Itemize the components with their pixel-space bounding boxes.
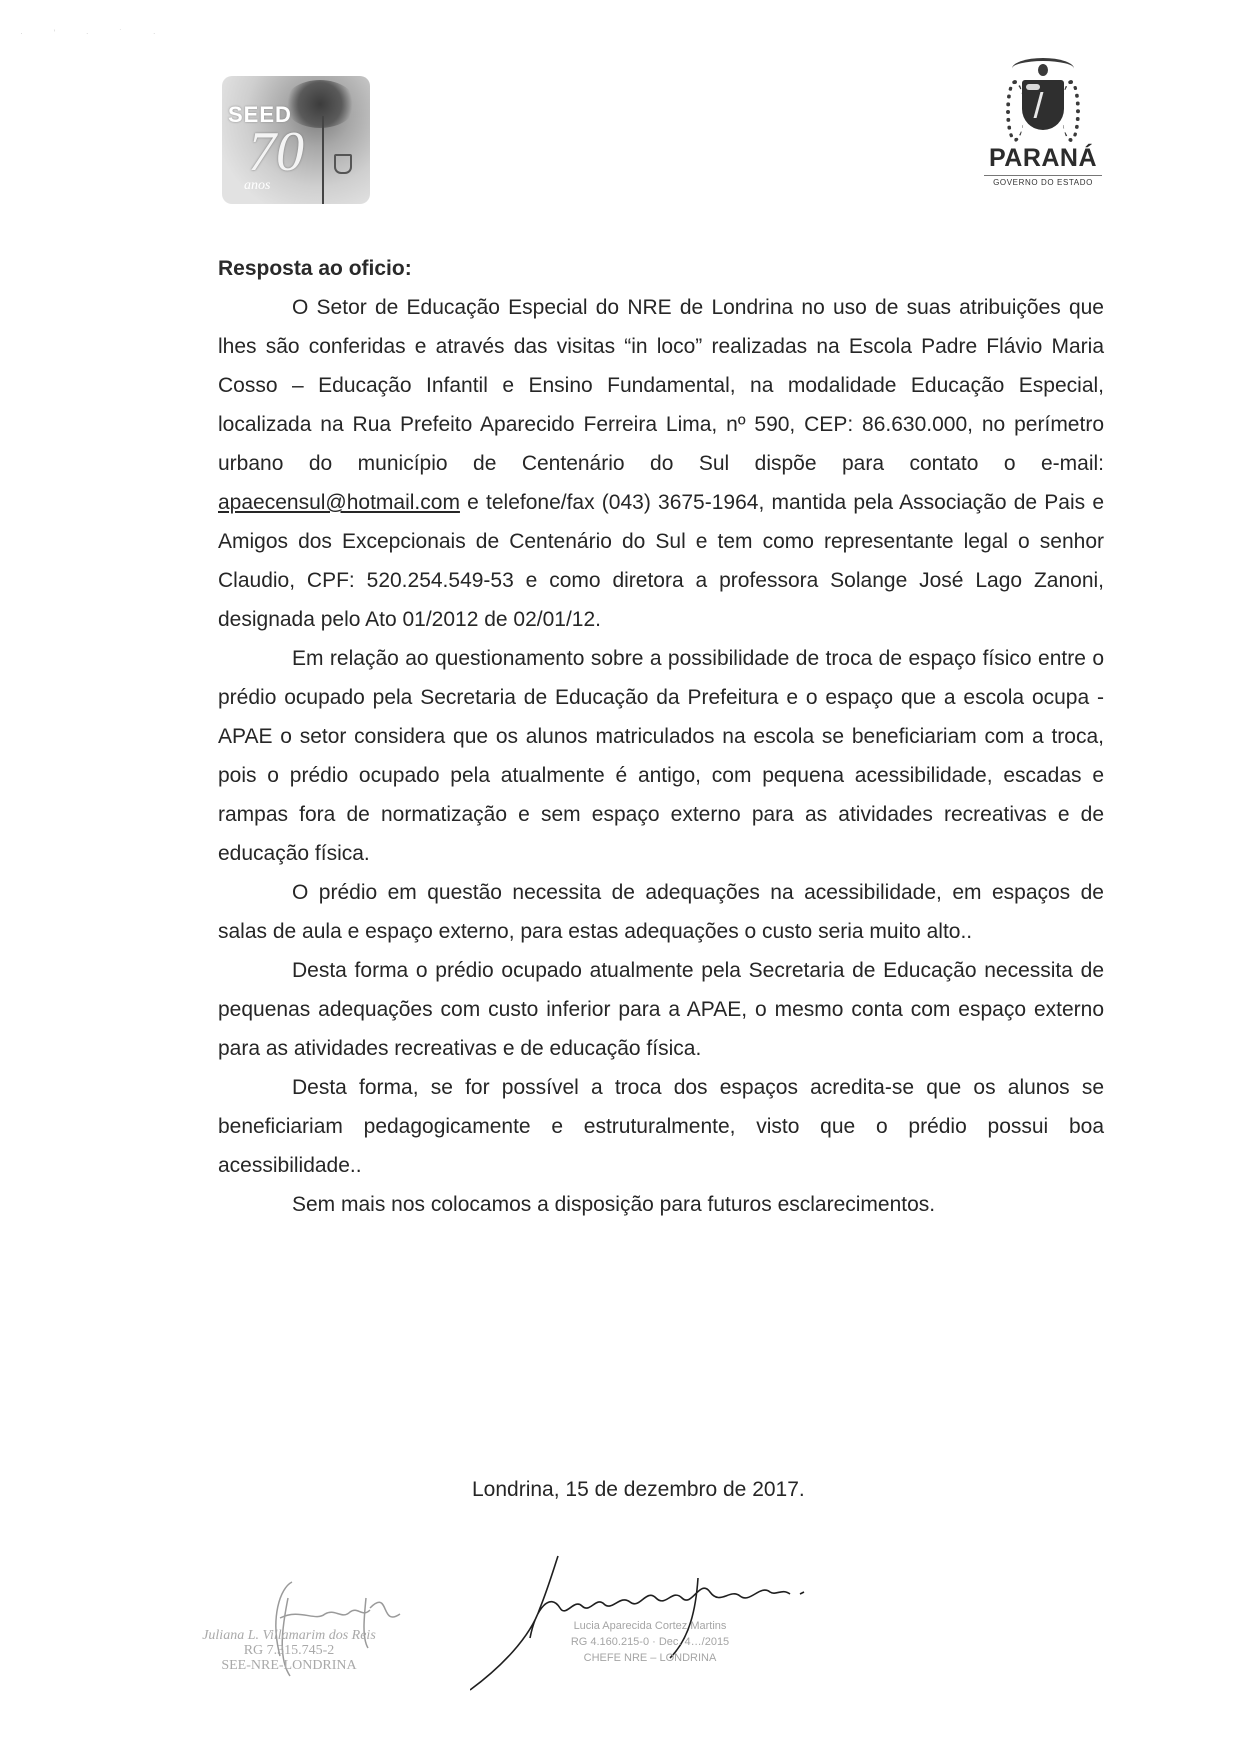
paragraph-5: Desta forma, se for possível a troca dos… bbox=[218, 1068, 1104, 1185]
paragraph-2: Em relação ao questionamento sobre a pos… bbox=[218, 639, 1104, 873]
letter-heading: Resposta ao oficio: bbox=[218, 254, 1104, 284]
seed-logo-subtitle: anos bbox=[244, 178, 270, 194]
small-crest-icon bbox=[334, 154, 352, 174]
wreath-icon bbox=[1062, 80, 1080, 142]
stamp-left: Juliana L. Villamarim dos Reis RG 7.315.… bbox=[154, 1628, 424, 1673]
letter-body: Resposta ao oficio: O Setor de Educação … bbox=[218, 254, 1104, 1224]
seed-70-anos-logo: SEED 70 anos bbox=[222, 76, 370, 204]
email-link[interactable]: apaecensul@hotmail.com bbox=[218, 491, 460, 514]
tree-trunk-icon bbox=[322, 116, 324, 204]
paragraph-4: Desta forma o prédio ocupado atualmente … bbox=[218, 951, 1104, 1068]
place-and-date: Londrina, 15 de dezembro de 2017. bbox=[472, 1478, 805, 1502]
paragraph-1: O Setor de Educação Especial do NRE de L… bbox=[218, 288, 1104, 639]
signature-right: Lucia Aparecida Cortez Martins RG 4.160.… bbox=[470, 1548, 850, 1698]
parana-subtitle: GOVERNO DO ESTADO bbox=[978, 178, 1108, 187]
scan-artifacts: · ' · ˙ · bbox=[20, 28, 170, 38]
parana-government-logo: PARANÁ GOVERNO DO ESTADO bbox=[978, 58, 1108, 203]
signature-left: Juliana L. Villamarim dos Reis RG 7.315.… bbox=[130, 1578, 430, 1688]
closing-paragraph: Sem mais nos colocamos a disposição para… bbox=[218, 1185, 1104, 1224]
paragraph-3: O prédio em questão necessita de adequaç… bbox=[218, 873, 1104, 951]
divider bbox=[984, 175, 1102, 176]
stamp-right: Lucia Aparecida Cortez Martins RG 4.160.… bbox=[540, 1618, 760, 1666]
coat-of-arms-icon bbox=[998, 58, 1088, 142]
parana-title: PARANÁ bbox=[978, 144, 1108, 173]
seed-logo-number: 70 bbox=[248, 120, 304, 184]
